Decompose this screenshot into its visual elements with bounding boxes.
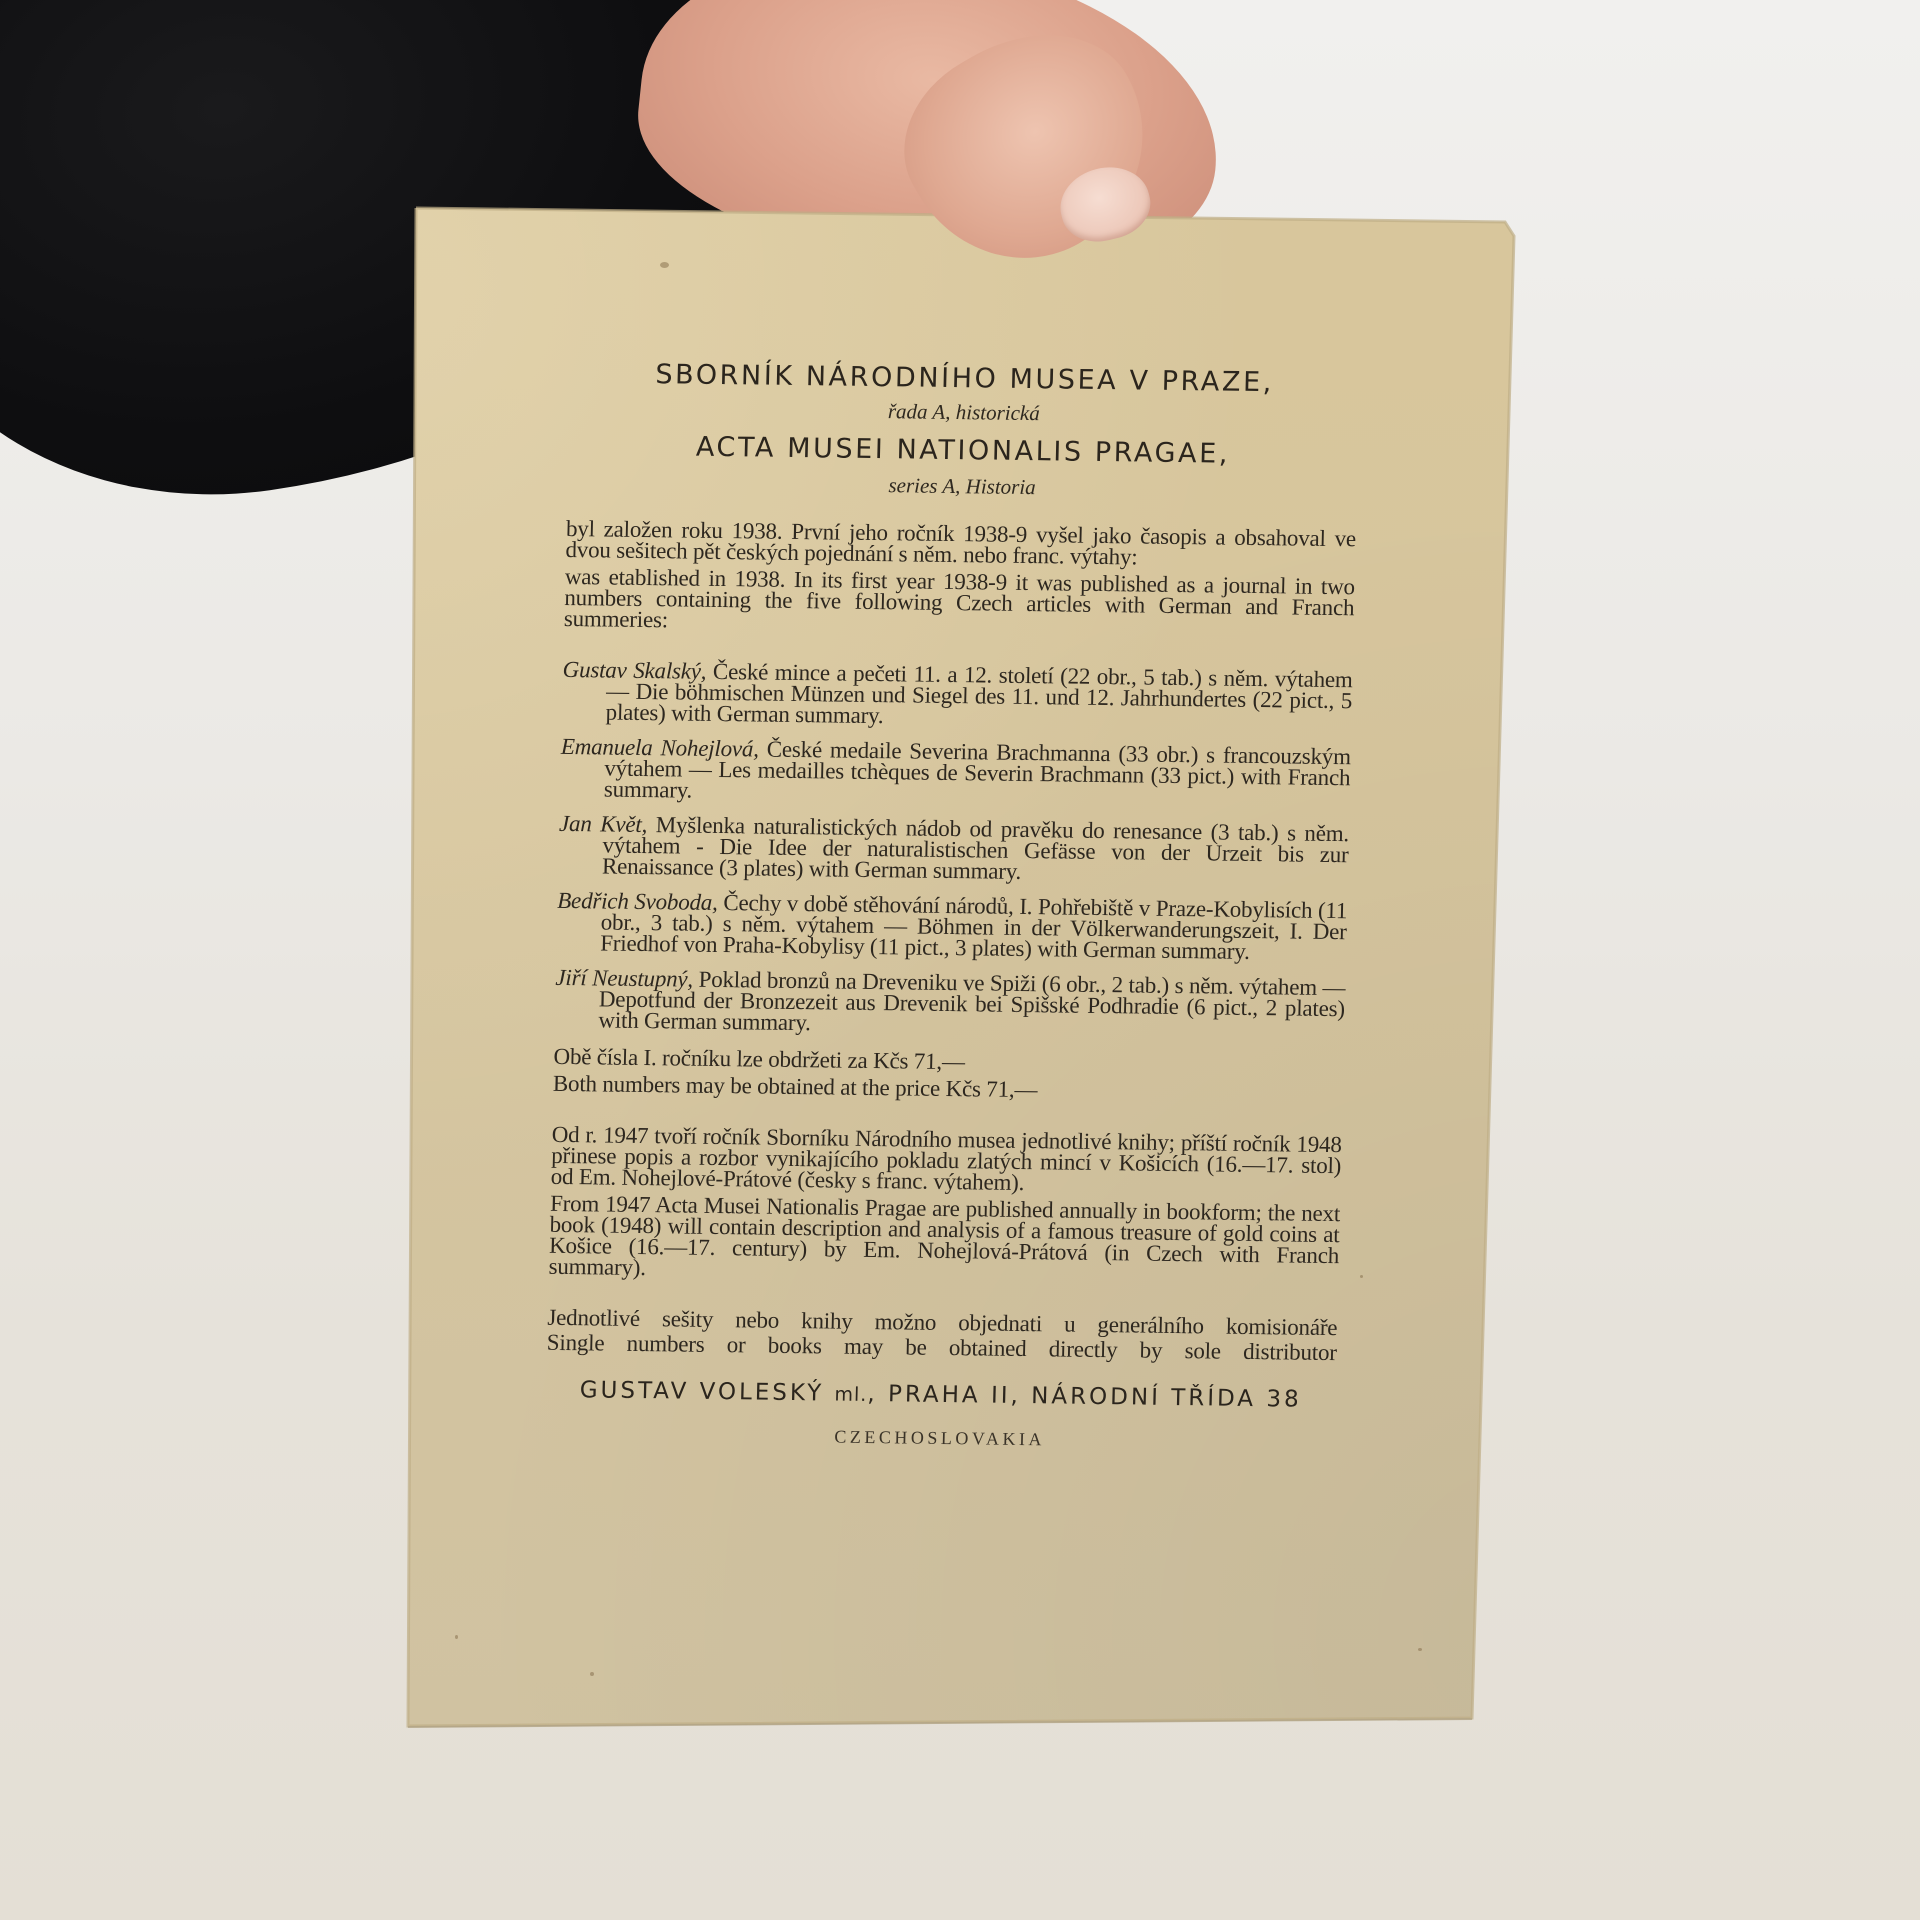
article-item: Gustav Skalský, České mince a pečeti 11.… bbox=[561, 659, 1352, 732]
distributor-address: GUSTAV VOLESKÝ ml., PRAHA II, NÁRODNÍ TŘ… bbox=[545, 1377, 1336, 1413]
annual-note-english: From 1947 Acta Musei Nationalis Pragae a… bbox=[548, 1193, 1340, 1287]
distributor-street: , PRAHA II, NÁRODNÍ TŘÍDA 38 bbox=[867, 1381, 1302, 1413]
price-english: Both numbers may be obtained at the pric… bbox=[553, 1073, 1343, 1104]
cover-text-block: SBORNÍK NÁRODNÍHO MUSEA V PRAZE, řada A,… bbox=[544, 360, 1359, 1454]
article-item: Emanuela Nohejlová, České medaile Severi… bbox=[560, 736, 1351, 809]
annual-note-czech: Od r. 1947 tvoří ročník Sborníku Národní… bbox=[551, 1124, 1342, 1197]
article-text: Poklad bronzů na Dreveniku ve Spiži (6 o… bbox=[598, 967, 1346, 1036]
title-latin: ACTA MUSEI NATIONALIS PRAGAE, bbox=[568, 432, 1359, 469]
distributor-suffix: ml. bbox=[834, 1384, 867, 1406]
intro-english: was etablished in 1938. In its first yea… bbox=[564, 566, 1355, 639]
title-czech: SBORNÍK NÁRODNÍHO MUSEA V PRAZE, bbox=[569, 360, 1360, 397]
subtitle-czech: řada A, historická bbox=[569, 397, 1359, 428]
article-item: Jan Květ, Myšlenka naturalistických nádo… bbox=[558, 813, 1349, 886]
intro-czech: byl založen roku 1938. První jeho ročník… bbox=[565, 518, 1356, 570]
subtitle-latin: series A, Historia bbox=[567, 471, 1357, 502]
article-text: České mince a pečeti 11. a 12. století (… bbox=[605, 659, 1353, 728]
article-item: Bedřich Svoboda, Čechy v době stěhování … bbox=[556, 890, 1347, 963]
article-item: Jiří Neustupný, Poklad bronzů na Dreveni… bbox=[554, 967, 1345, 1040]
article-text: Myšlenka naturalistických nádob od pravě… bbox=[602, 812, 1350, 884]
country: CZECHOSLOVAKIA bbox=[544, 1423, 1334, 1454]
distributor-name: GUSTAV VOLESKÝ bbox=[579, 1377, 834, 1406]
